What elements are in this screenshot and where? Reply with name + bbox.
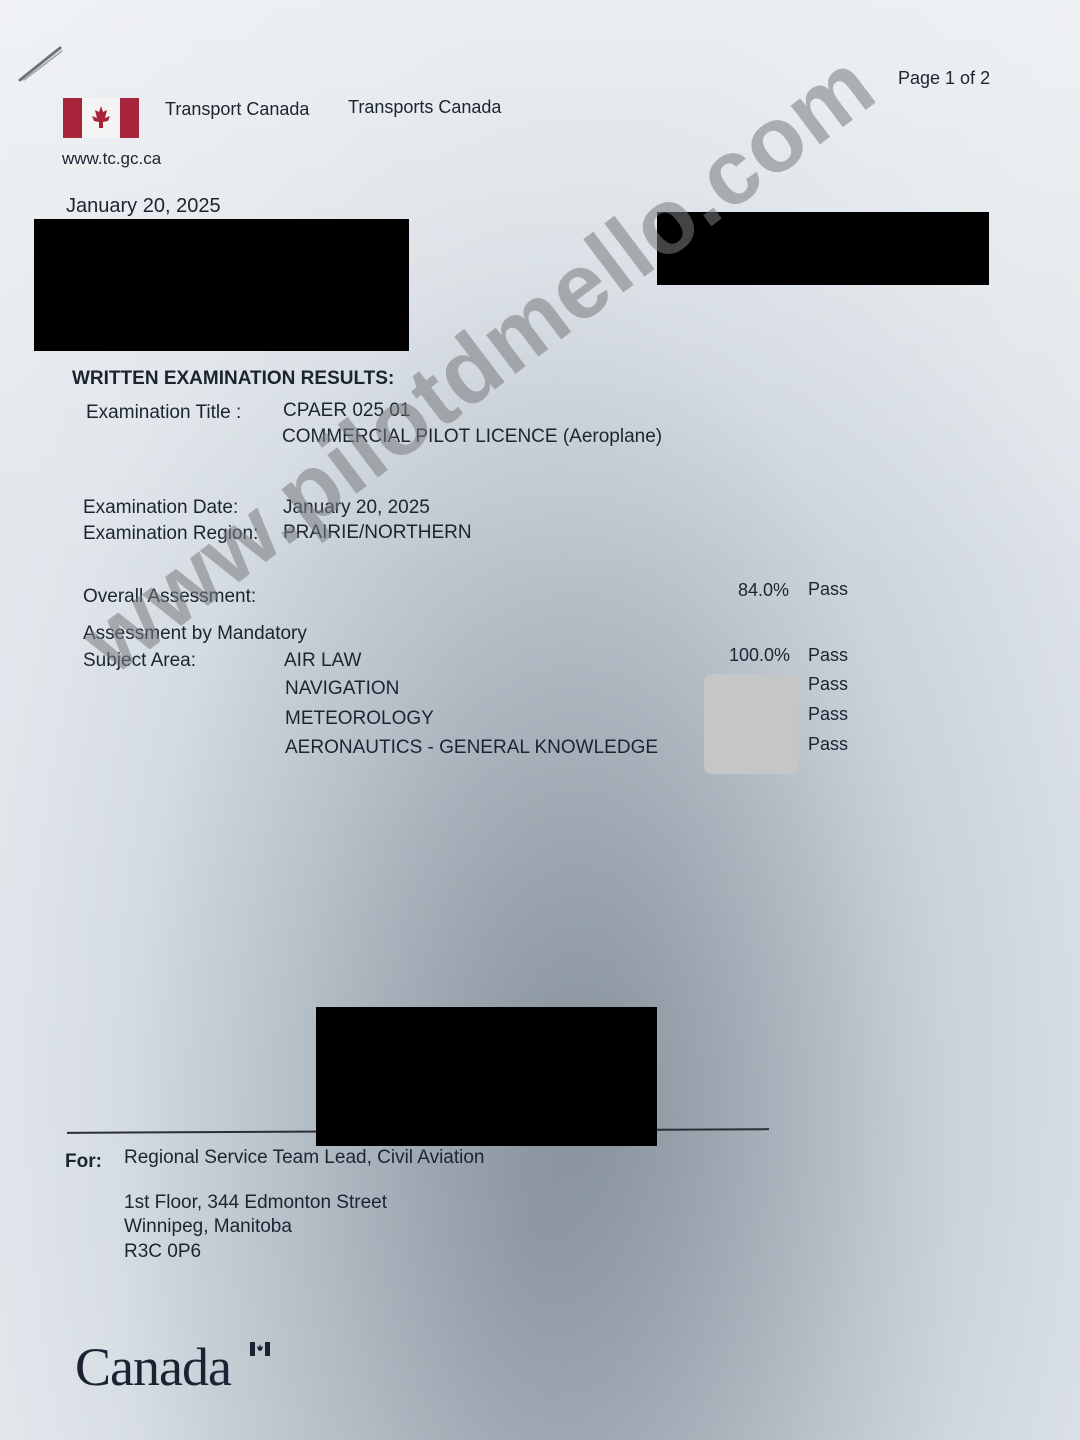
exam-title-label: Examination Title : [86, 402, 241, 424]
subject-result: Pass [808, 645, 848, 666]
overall-result: Pass [808, 579, 848, 600]
exam-region-label: Examination Region: [83, 523, 258, 545]
pen-icon [16, 44, 66, 84]
subject-area-label-line1: Assessment by Mandatory [83, 623, 307, 645]
subject-name: METEOROLOGY [285, 708, 434, 730]
wordmark-flag-icon [250, 1342, 270, 1356]
overall-score: 84.0% [738, 580, 789, 601]
address-line-1: 1st Floor, 344 Edmonton Street [124, 1192, 387, 1214]
redacted-signature [316, 1007, 657, 1146]
subject-result: Pass [808, 734, 848, 755]
department-name-fr: Transports Canada [348, 97, 501, 118]
exam-date: January 20, 2025 [283, 497, 430, 519]
subject-area-label-line2: Subject Area: [83, 650, 196, 672]
redacted-recipient-address [34, 219, 409, 351]
redacted-reference-block [657, 212, 989, 285]
subject-result: Pass [808, 704, 848, 725]
page-indicator: Page 1 of 2 [898, 68, 990, 89]
subject-name: NAVIGATION [285, 678, 399, 700]
exam-date-label: Examination Date: [83, 497, 238, 519]
section-title: WRITTEN EXAMINATION RESULTS: [72, 368, 394, 390]
for-label: For: [65, 1151, 102, 1173]
address-line-2: Winnipeg, Manitoba [124, 1216, 292, 1238]
letter-date: January 20, 2025 [66, 195, 221, 218]
exam-region: PRAIRIE/NORTHERN [283, 522, 472, 544]
for-value: Regional Service Team Lead, Civil Aviati… [124, 1147, 485, 1169]
exam-code: CPAER 025 01 [283, 400, 410, 422]
overall-assessment-label: Overall Assessment: [83, 586, 256, 608]
canada-wordmark: Canada [75, 1336, 231, 1398]
subject-name: AERONAUTICS - GENERAL KNOWLEDGE [285, 737, 658, 759]
department-name-en: Transport Canada [165, 99, 309, 120]
exam-name: COMMERCIAL PILOT LICENCE (Aeroplane) [282, 426, 662, 448]
canada-flag-icon [63, 98, 139, 138]
address-line-3: R3C 0P6 [124, 1241, 201, 1263]
subject-result: Pass [808, 674, 848, 695]
website-link: www.tc.gc.ca [62, 149, 161, 169]
subject-name: AIR LAW [284, 650, 361, 672]
subject-score: 100.0% [729, 645, 790, 666]
masked-scores [704, 674, 799, 774]
